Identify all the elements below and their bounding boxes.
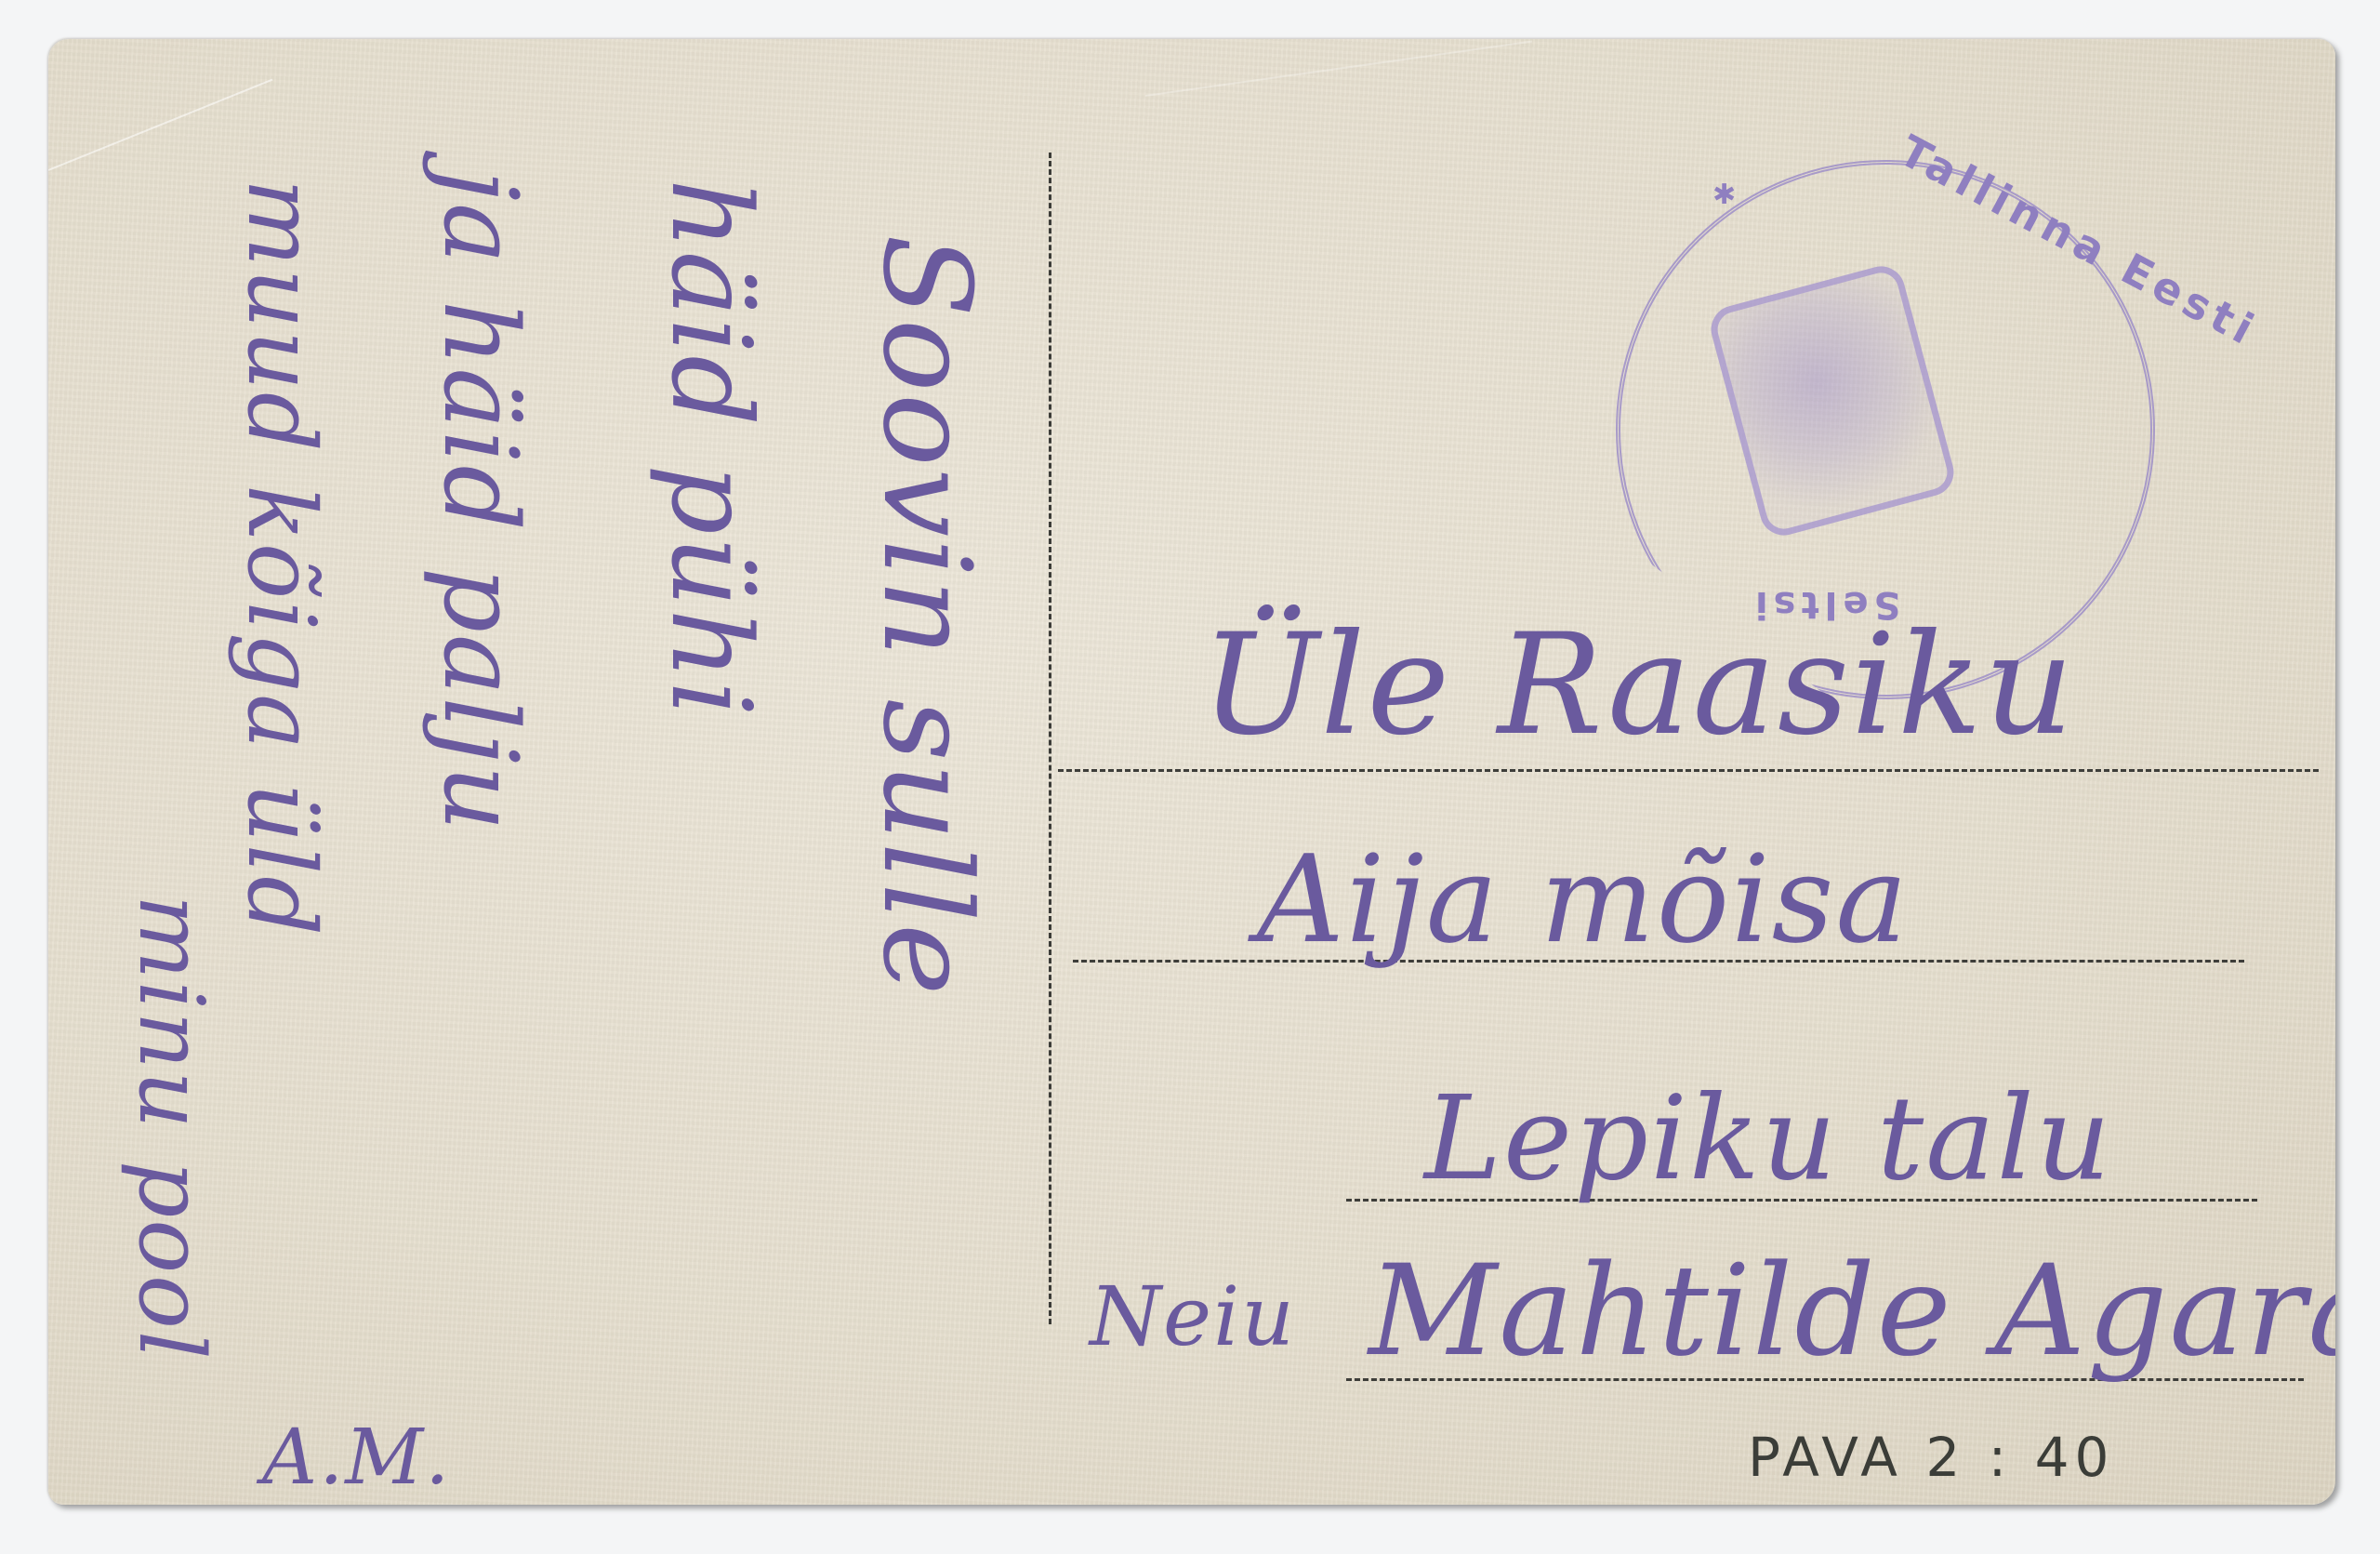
address-line-1: Üle Raasiku <box>1201 616 2076 755</box>
message-line-1: Soovin sulle <box>866 234 987 997</box>
message-line-4: muud kõiga üld <box>234 179 327 937</box>
archive-mark: PAVA 2 : 40 <box>1748 1426 2114 1489</box>
message-line-5: minu pool <box>126 895 216 1361</box>
message-line-2: häid pühi <box>656 179 766 718</box>
address-salutation: Neiu <box>1090 1276 1296 1358</box>
divider-line <box>1049 153 1051 1324</box>
address-recipient: Mahtilde Agaraijo <box>1368 1248 2335 1374</box>
signature: A.M. <box>262 1420 451 1496</box>
paper-crease <box>1145 41 1532 97</box>
address-rule-1 <box>1058 769 2319 772</box>
address-line-3: Lepiku talu <box>1424 1081 2112 1197</box>
address-line-2: Aija mõisa <box>1257 839 1910 960</box>
message-line-3: ja häid palju <box>430 169 532 833</box>
postcard: Soovin sulle häid pühi ja häid palju muu… <box>48 39 2335 1505</box>
postmark-star-icon: ✱ <box>1712 179 1741 211</box>
paper-crease <box>48 79 272 171</box>
